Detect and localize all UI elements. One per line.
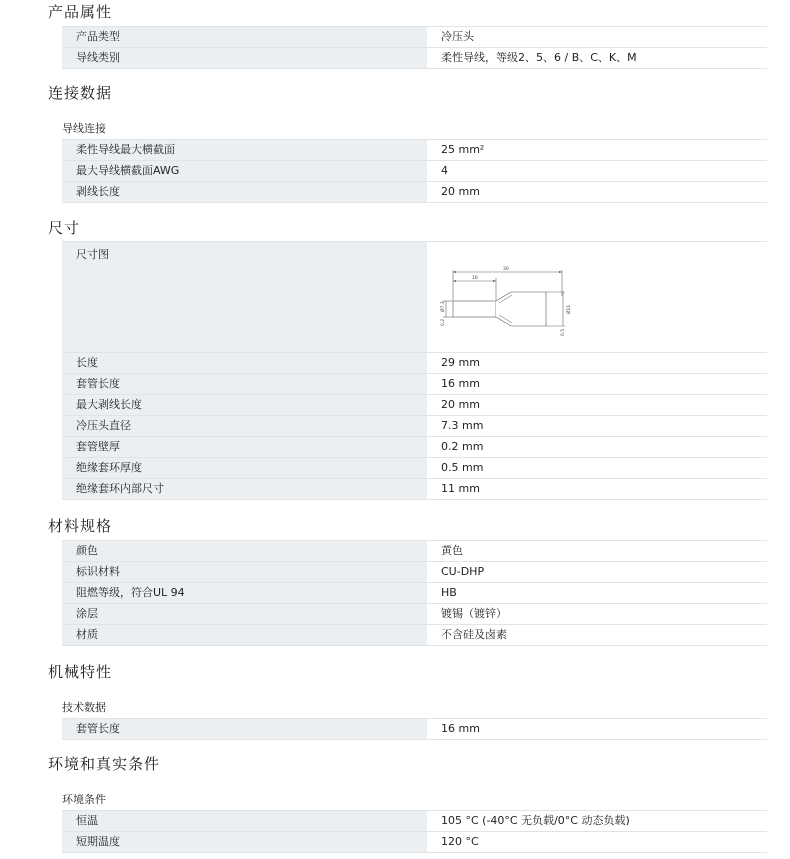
table-row: 绝缘套环厚度 0.5 mm xyxy=(62,458,767,479)
ferrule-dimension-drawing: 30 16 Ø7.3 0.2 Ø11 0.5 xyxy=(439,256,574,336)
row-label: 导线类别 xyxy=(62,48,427,69)
section-title-product-properties: 产品属性 xyxy=(48,2,112,22)
dimension-drawing-cell: 30 16 Ø7.3 0.2 Ø11 0.5 xyxy=(427,242,767,353)
section-title-material-specs: 材料规格 xyxy=(48,516,112,536)
row-label: 冷压头直径 xyxy=(62,416,427,437)
row-label: 最大导线横截面AWG xyxy=(62,161,427,182)
row-value: 镀锡（镀锌） xyxy=(427,604,767,625)
row-label: 涂层 xyxy=(62,604,427,625)
table-row: 套管壁厚 0.2 mm xyxy=(62,437,767,458)
row-label: 套管壁厚 xyxy=(62,437,427,458)
row-value: 16 mm xyxy=(427,719,767,740)
table-row: 长度 29 mm xyxy=(62,353,767,374)
row-value: 冷压头 xyxy=(427,27,767,48)
svg-text:0.5: 0.5 xyxy=(560,329,566,336)
row-value: 4 xyxy=(427,161,767,182)
svg-text:30: 30 xyxy=(503,266,509,272)
row-label: 颜色 xyxy=(62,541,427,562)
row-value: 0.2 mm xyxy=(427,437,767,458)
row-value: 黄色 xyxy=(427,541,767,562)
connection-data-table: 柔性导线最大横截面 25 mm² 最大导线横截面AWG 4 剥线长度 20 mm xyxy=(62,139,767,203)
row-value: 29 mm xyxy=(427,353,767,374)
row-label: 产品类型 xyxy=(62,27,427,48)
row-value: HB xyxy=(427,583,767,604)
row-label: 剥线长度 xyxy=(62,182,427,203)
section-title-connection-data: 连接数据 xyxy=(48,83,112,103)
table-row: 套管长度 16 mm xyxy=(62,719,767,740)
table-row: 材质 不含硅及卤素 xyxy=(62,625,767,646)
row-label: 柔性导线最大横截面 xyxy=(62,140,427,161)
table-row: 恒温 105 °C (-40°C 无负载/0°C 动态负载) xyxy=(62,811,767,832)
row-value: 20 mm xyxy=(427,182,767,203)
row-label: 套管长度 xyxy=(62,719,427,740)
section-title-mechanical-properties: 机械特性 xyxy=(48,662,112,682)
row-value: 柔性导线，等级2、5、6 / B、C、K、M xyxy=(427,48,767,69)
row-value: 120 °C xyxy=(427,832,767,853)
row-label: 恒温 xyxy=(62,811,427,832)
table-row: 柔性导线最大横截面 25 mm² xyxy=(62,140,767,161)
row-label: 套管长度 xyxy=(62,374,427,395)
section-title-environmental-conditions: 环境和真实条件 xyxy=(48,754,160,774)
row-label: 长度 xyxy=(62,353,427,374)
table-row: 短期温度 120 °C xyxy=(62,832,767,853)
mechanical-properties-table: 套管长度 16 mm xyxy=(62,718,767,740)
row-value: 不含硅及卤素 xyxy=(427,625,767,646)
row-value: 11 mm xyxy=(427,479,767,500)
material-specs-table: 颜色 黄色 标识材料 CU-DHP 阻燃等级，符合UL 94 HB 涂层 镀锡（… xyxy=(62,540,767,646)
row-value: 7.3 mm xyxy=(427,416,767,437)
product-properties-table: 产品类型 冷压头 导线类别 柔性导线，等级2、5、6 / B、C、K、M xyxy=(62,26,767,69)
table-row: 绝缘套环内部尺寸 11 mm xyxy=(62,479,767,500)
row-label: 绝缘套环内部尺寸 xyxy=(62,479,427,500)
group-title-wire-connection: 导线连接 xyxy=(62,122,106,136)
table-row: 最大导线横截面AWG 4 xyxy=(62,161,767,182)
table-row: 冷压头直径 7.3 mm xyxy=(62,416,767,437)
row-label: 材质 xyxy=(62,625,427,646)
row-label: 绝缘套环厚度 xyxy=(62,458,427,479)
row-value: 16 mm xyxy=(427,374,767,395)
row-value: 20 mm xyxy=(427,395,767,416)
row-value: CU-DHP xyxy=(427,562,767,583)
table-row: 阻燃等级，符合UL 94 HB xyxy=(62,583,767,604)
table-row: 颜色 黄色 xyxy=(62,541,767,562)
table-row: 剥线长度 20 mm xyxy=(62,182,767,203)
group-title-technical-data: 技术数据 xyxy=(62,701,106,715)
row-label: 标识材料 xyxy=(62,562,427,583)
dimensions-table: 尺寸图 xyxy=(62,241,767,500)
environmental-conditions-table: 恒温 105 °C (-40°C 无负载/0°C 动态负载) 短期温度 120 … xyxy=(62,810,767,853)
svg-text:16: 16 xyxy=(472,275,478,281)
row-value: 105 °C (-40°C 无负载/0°C 动态负载) xyxy=(427,811,767,832)
table-row: 最大剥线长度 20 mm xyxy=(62,395,767,416)
row-label: 阻燃等级，符合UL 94 xyxy=(62,583,427,604)
table-row: 产品类型 冷压头 xyxy=(62,27,767,48)
table-row: 套管长度 16 mm xyxy=(62,374,767,395)
svg-text:0.2: 0.2 xyxy=(440,319,446,326)
row-value: 0.5 mm xyxy=(427,458,767,479)
group-title-ambient-conditions: 环境条件 xyxy=(62,793,106,807)
row-label: 短期温度 xyxy=(62,832,427,853)
svg-text:Ø11: Ø11 xyxy=(565,305,572,314)
section-title-dimensions: 尺寸 xyxy=(48,218,80,238)
row-label: 尺寸图 xyxy=(62,242,427,353)
table-row: 标识材料 CU-DHP xyxy=(62,562,767,583)
row-value: 25 mm² xyxy=(427,140,767,161)
table-row: 涂层 镀锡（镀锌） xyxy=(62,604,767,625)
table-row: 导线类别 柔性导线，等级2、5、6 / B、C、K、M xyxy=(62,48,767,69)
svg-text:Ø7.3: Ø7.3 xyxy=(439,301,446,312)
row-label: 最大剥线长度 xyxy=(62,395,427,416)
table-row-drawing: 尺寸图 xyxy=(62,242,767,353)
